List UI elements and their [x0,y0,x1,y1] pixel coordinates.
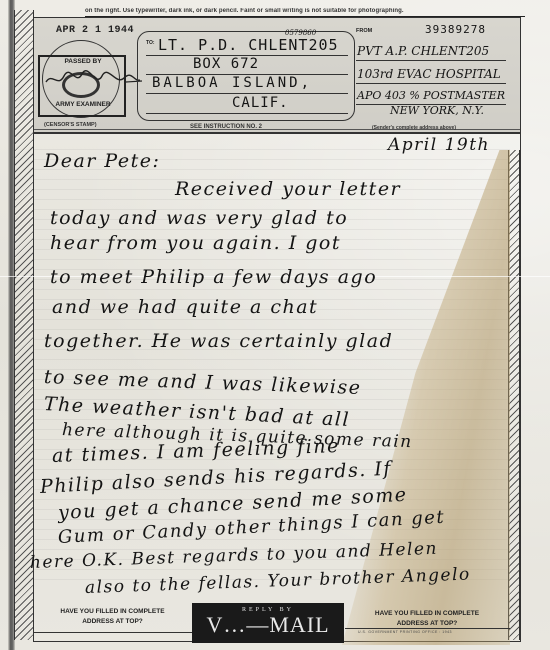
footer-left-line-1: HAVE YOU FILLED IN COMPLETE [40,607,185,617]
to-line-2: BOX 672 [193,56,259,72]
left-hatched-border [14,10,34,640]
censor-passed-by: PASSED BY [58,58,108,65]
to-label: TO: [146,40,155,46]
censor-stamp-label: (CENSOR'S STAMP) [44,122,97,128]
vmail-logo: V…—MAIL [192,613,344,637]
vmail-logo-box: REPLY BY V…—MAIL [192,603,344,643]
letter-line: today and was very glad to [50,207,348,229]
from-rule-2 [356,83,506,84]
letter-line: together. He was certainly glad [44,330,393,352]
date-stamp: APR 2 1 1944 [56,25,134,36]
letter-line: to meet Philip a few days ago [50,266,377,288]
to-rule-4 [146,113,348,114]
censor-army-examiner: ARMY EXAMINER [44,101,122,108]
to-line-3: BALBOA ISLAND, [152,75,312,91]
footer-right-line-1: HAVE YOU FILLED IN COMPLETE [352,609,502,619]
letter-line: Received your letter [175,178,401,200]
from-rule-1 [356,60,506,61]
letter-date: April 19th [388,135,490,155]
from-serial: 39389278 [425,23,486,36]
from-line-3: APO 403 % POSTMASTER [357,89,505,102]
letter-line: and we had quite a chat [52,296,318,318]
top-instructions: on the right. Use typewriter, dark ink, … [85,8,525,17]
to-rule-3 [146,93,348,94]
censor-signature-scribble [42,68,142,90]
footer-right-reminder: HAVE YOU FILLED IN COMPLETE ADDRESS AT T… [352,609,502,629]
from-line-4: NEW YORK, N.Y. [390,104,484,117]
footer-right-rule [345,628,510,629]
see-instruction-note: SEE INSTRUCTION NO. 2 [190,124,262,130]
to-line-4: CALIF. [232,95,289,111]
from-line-1: PVT A.P. CHLENT205 [357,44,489,58]
footer-left-rule [34,632,194,633]
to-line-1: LT. P.D. CHLENT205 [158,36,339,54]
footer-left-line-2: ADDRESS AT TOP? [40,617,185,627]
footer-left-reminder: HAVE YOU FILLED IN COMPLETE ADDRESS AT T… [40,607,185,627]
from-label: FROM [356,28,372,34]
letter-line: hear from you again. I got [50,232,341,254]
gpo-imprint: U.S. GOVERNMENT PRINTING OFFICE : 1943 [358,630,452,634]
letter-salutation: Dear Pete: [44,150,160,172]
from-line-2: 103rd EVAC HOSPITAL [357,67,501,81]
sender-address-note: (Sender's complete address above) [372,125,456,131]
